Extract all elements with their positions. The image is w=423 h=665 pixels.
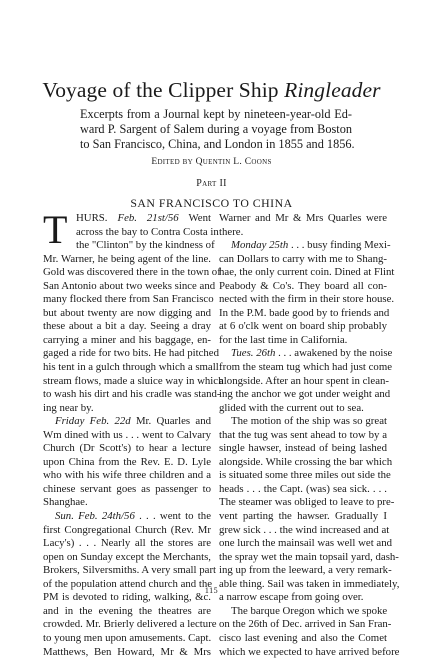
line-text: . . . awakened by the noise — [275, 347, 392, 359]
ship-name: Ringleader — [284, 78, 381, 102]
line-text: ing up from the leeward, a very remark- — [219, 564, 392, 576]
text-line: single hawser, instead of being lashed — [219, 442, 387, 456]
line-text: Matthews, Ben Howard, Mr & Mrs — [43, 646, 211, 658]
text-line: stream flows, made a sluice way in which — [43, 375, 211, 389]
text-line: San Antonio about two weeks since and — [43, 280, 211, 294]
text-line: his tent in a gulch through which a smal… — [43, 361, 211, 375]
text-line: Brokers, Silversmiths. A very small part — [43, 564, 211, 578]
line-text: many flocked there from San Francisco — [43, 293, 214, 305]
text-line: is situated some three miles out side th… — [219, 469, 387, 483]
line-text: The motion of the ship was so great — [231, 415, 387, 427]
text-line: which we expected to have arrived before — [219, 646, 387, 660]
line-text: Church (Dr Scott's) to hear a lecture — [43, 442, 211, 454]
line-text: and in the evening the theatres are — [43, 605, 211, 617]
text-line: Friday Feb. 22d Mr. Quarles and — [43, 415, 211, 429]
text-line: to young men upon amusements. Capt. — [43, 632, 211, 646]
line-text: which we expected to have arrived before — [219, 646, 399, 658]
text-line: the "Clinton" by the kindness of — [43, 239, 211, 253]
text-line: Peabody & Co's. They board all con- — [219, 280, 387, 294]
entry-date: Friday Feb. 22d — [55, 415, 131, 427]
article-title: Voyage of the Clipper Ship Ringleader — [0, 78, 423, 103]
text-line: these about a bit a day. Seeing a dray — [43, 320, 211, 334]
line-text: there. — [219, 226, 243, 238]
line-text: carrying a miner and his baggage, en- — [43, 334, 211, 346]
text-line: alongside. After an hour spent in clean- — [219, 375, 387, 389]
text-line: crowded. Mr. Brierly delivered a lecture — [43, 618, 211, 632]
text-line: The barque Oregon which we spoke — [219, 605, 387, 619]
entry-date: Tues. 26th — [231, 347, 275, 359]
line-text: at 6 o'clk went on board ship probably — [219, 320, 387, 332]
text-line: cisco last evening and also the Comet — [219, 632, 387, 646]
line-text: Wm dined with us . . . went to Calvary — [43, 429, 211, 441]
text-line: Mr. Warner, he being agent of the line. — [43, 253, 211, 267]
line-text: hae, the only current coin. Dined at Fli… — [219, 266, 394, 278]
text-line: hae, the only current coin. Dined at Fli… — [219, 266, 387, 280]
text-line: In the P.M. bade good by to friends and — [219, 307, 387, 321]
text-line: who with his wife three children and a — [43, 469, 211, 483]
line-text: open on Sunday except the Merchants, — [43, 551, 211, 563]
line-text: who with his wife three children and a — [43, 469, 211, 481]
line-text: Mr. Warner, he being agent of the line. — [43, 253, 211, 265]
line-text: to young men upon amusements. Capt. — [43, 632, 211, 644]
entry-date: Monday 25th — [231, 239, 288, 251]
line-text: single hawser, instead of being lashed — [219, 442, 387, 454]
line-text: from the steam tug which had just come — [219, 361, 392, 373]
text-line: gaged a ride for two bits. He had pitche… — [43, 347, 211, 361]
line-text: alongside. While crossing the bar which — [219, 456, 392, 468]
journal-page: Voyage of the Clipper Ship Ringleader Ex… — [0, 0, 423, 665]
text-line: heads . . . the Capt. (was) sea sick. . … — [219, 483, 387, 497]
line-text: In the P.M. bade good by to friends and — [219, 307, 389, 319]
text-line: carrying a miner and his baggage, en- — [43, 334, 211, 348]
text-line: to wash his dirt and his cradle was stan… — [43, 388, 211, 402]
article-title-main: Voyage of the Clipper Ship — [42, 78, 284, 102]
line-text: to wash his dirt and his cradle was stan… — [43, 388, 221, 400]
text-line: from the steam tug which had just come — [219, 361, 387, 375]
text-line: Church (Dr Scott's) to hear a lecture — [43, 442, 211, 456]
text-line: alongside. While crossing the bar which — [219, 456, 387, 470]
text-line: Gold was discovered there in the town of — [43, 266, 211, 280]
text-line: Sun. Feb. 24th/56 . . . went to the — [43, 510, 211, 524]
text-line: Matthews, Ben Howard, Mr & Mrs — [43, 646, 211, 660]
line-text: glided with the current out to sea. — [219, 402, 364, 414]
line-text: crowded. Mr. Brierly delivered a lecture — [43, 618, 217, 630]
line-text: the spray wet the main topsail yard, das… — [219, 551, 399, 563]
entry-date: Sun. Feb. 24th/56 — [55, 510, 135, 522]
line-text: The barque Oregon which we spoke — [231, 605, 387, 617]
line-text: the "Clinton" by the kindness of — [76, 239, 215, 251]
line-text: first Congregational Church (Rev. Mr — [43, 524, 211, 536]
text-line: ing the anchor we got under weight and — [219, 388, 387, 402]
text-line: grew sick . . . the wind increased and a… — [219, 524, 387, 538]
part-label: Part II — [0, 178, 423, 189]
line-text: alongside. After an hour spent in clean- — [219, 375, 389, 387]
line-text: Shanghae. — [43, 496, 88, 508]
text-line: upon China from the Rev. E. D. Lyle — [43, 456, 211, 470]
text-line: ing up from the leeward, a very remark- — [219, 564, 387, 578]
line-text: these about a bit a day. Seeing a dray — [43, 320, 211, 332]
text-line: Warner and Mr & Mrs Quarles were — [219, 212, 387, 226]
line-text: Brokers, Silversmiths. A very small part — [43, 564, 216, 576]
line-text: gaged a ride for two bits. He had pitche… — [43, 347, 219, 359]
line-text: heads . . . the Capt. (was) sea sick. . … — [219, 483, 387, 495]
text-line: Tues. 26th . . . awakened by the noise — [219, 347, 387, 361]
line-text: ing near by. — [43, 402, 94, 414]
text-line: Monday 25th . . . busy finding Mexi- — [219, 239, 387, 253]
line-text: Warner and Mr & Mrs Quarles were — [219, 212, 387, 224]
text-line: nected with the firm in their store hous… — [219, 293, 387, 307]
text-line: the spray wet the main topsail yard, das… — [219, 551, 387, 565]
subtitle-line: Excerpts from a Journal kept by nineteen… — [80, 107, 352, 122]
text-line: many flocked there from San Francisco — [43, 293, 211, 307]
line-text: The steamer was obliged to leave to pre- — [219, 496, 394, 508]
text-line: The steamer was obliged to leave to pre- — [219, 496, 387, 510]
text-line: can Dollars to carry with me to Shang- — [219, 253, 387, 267]
page-number: 115 — [0, 586, 423, 595]
text-line: across the bay to Contra Costa in — [43, 226, 211, 240]
line-text: on the 26th of Dec. arrived in San Fran- — [219, 618, 391, 630]
line-text: stream flows, made a sluice way in which — [43, 375, 224, 387]
text-line: Lacy's) . . . Nearly all the stores are — [43, 537, 211, 551]
entry-date: Feb. 21st/56 — [117, 212, 178, 224]
text-line: but about twenty are now digging and — [43, 307, 211, 321]
line-text: Went — [179, 212, 211, 224]
article-subtitle: Excerpts from a Journal kept by nineteen… — [80, 107, 352, 152]
line-text: San Antonio about two weeks since and — [43, 280, 215, 292]
line-text: is situated some three miles out side th… — [219, 469, 391, 481]
text-line: open on Sunday except the Merchants, — [43, 551, 211, 565]
line-text: can Dollars to carry with me to Shang- — [219, 253, 387, 265]
line-text: chinese servant goes as passenger to — [43, 483, 211, 495]
line-text: Lacy's) . . . Nearly all the stores are — [43, 537, 211, 549]
line-text: HURS. — [76, 212, 117, 224]
text-line: HURS. Feb. 21st/56 Went — [43, 212, 211, 226]
text-line: and in the evening the theatres are — [43, 605, 211, 619]
text-line: first Congregational Church (Rev. Mr — [43, 524, 211, 538]
text-line: Shanghae. — [43, 496, 211, 510]
line-text: for the last time in California. — [219, 334, 347, 346]
line-text: Peabody & Co's. They board all con- — [219, 280, 387, 292]
line-text: one lurch the mainsail was well wet and — [219, 537, 392, 549]
text-line: chinese servant goes as passenger to — [43, 483, 211, 497]
line-text: vent parting the hawser. Gradually I — [219, 510, 387, 522]
line-text: across the bay to Contra Costa in — [76, 226, 219, 238]
editor-credit: Edited by Quentin L. Coons — [0, 157, 423, 167]
line-text: that the tug was sent ahead to tow by a — [219, 429, 387, 441]
subtitle-line: to San Francisco, China, and London in 1… — [80, 137, 352, 152]
line-text: nected with the firm in their store hous… — [219, 293, 394, 305]
text-line: for the last time in California. — [219, 334, 387, 348]
text-line: glided with the current out to sea. — [219, 402, 387, 416]
text-line: there. — [219, 226, 387, 240]
text-line: that the tug was sent ahead to tow by a — [219, 429, 387, 443]
line-text: grew sick . . . the wind increased and a… — [219, 524, 389, 536]
text-line: Wm dined with us . . . went to Calvary — [43, 429, 211, 443]
line-text: . . . went to the — [135, 510, 211, 522]
text-line: vent parting the hawser. Gradually I — [219, 510, 387, 524]
line-text: cisco last evening and also the Comet — [219, 632, 387, 644]
line-text: Mr. Quarles and — [131, 415, 211, 427]
line-text: Gold was discovered there in the town of — [43, 266, 221, 278]
text-line: at 6 o'clk went on board ship probably — [219, 320, 387, 334]
text-line: ing near by. — [43, 402, 211, 416]
line-text: ing the anchor we got under weight and — [219, 388, 390, 400]
line-text: his tent in a gulch through which a smal… — [43, 361, 219, 373]
line-text: . . . busy finding Mexi- — [288, 239, 390, 251]
line-text: but about twenty are now digging and — [43, 307, 211, 319]
text-line: The motion of the ship was so great — [219, 415, 387, 429]
text-line: one lurch the mainsail was well wet and — [219, 537, 387, 551]
text-line: on the 26th of Dec. arrived in San Fran- — [219, 618, 387, 632]
subtitle-line: ward P. Sargent of Salem during a voyage… — [80, 122, 352, 137]
line-text: upon China from the Rev. E. D. Lyle — [43, 456, 211, 468]
